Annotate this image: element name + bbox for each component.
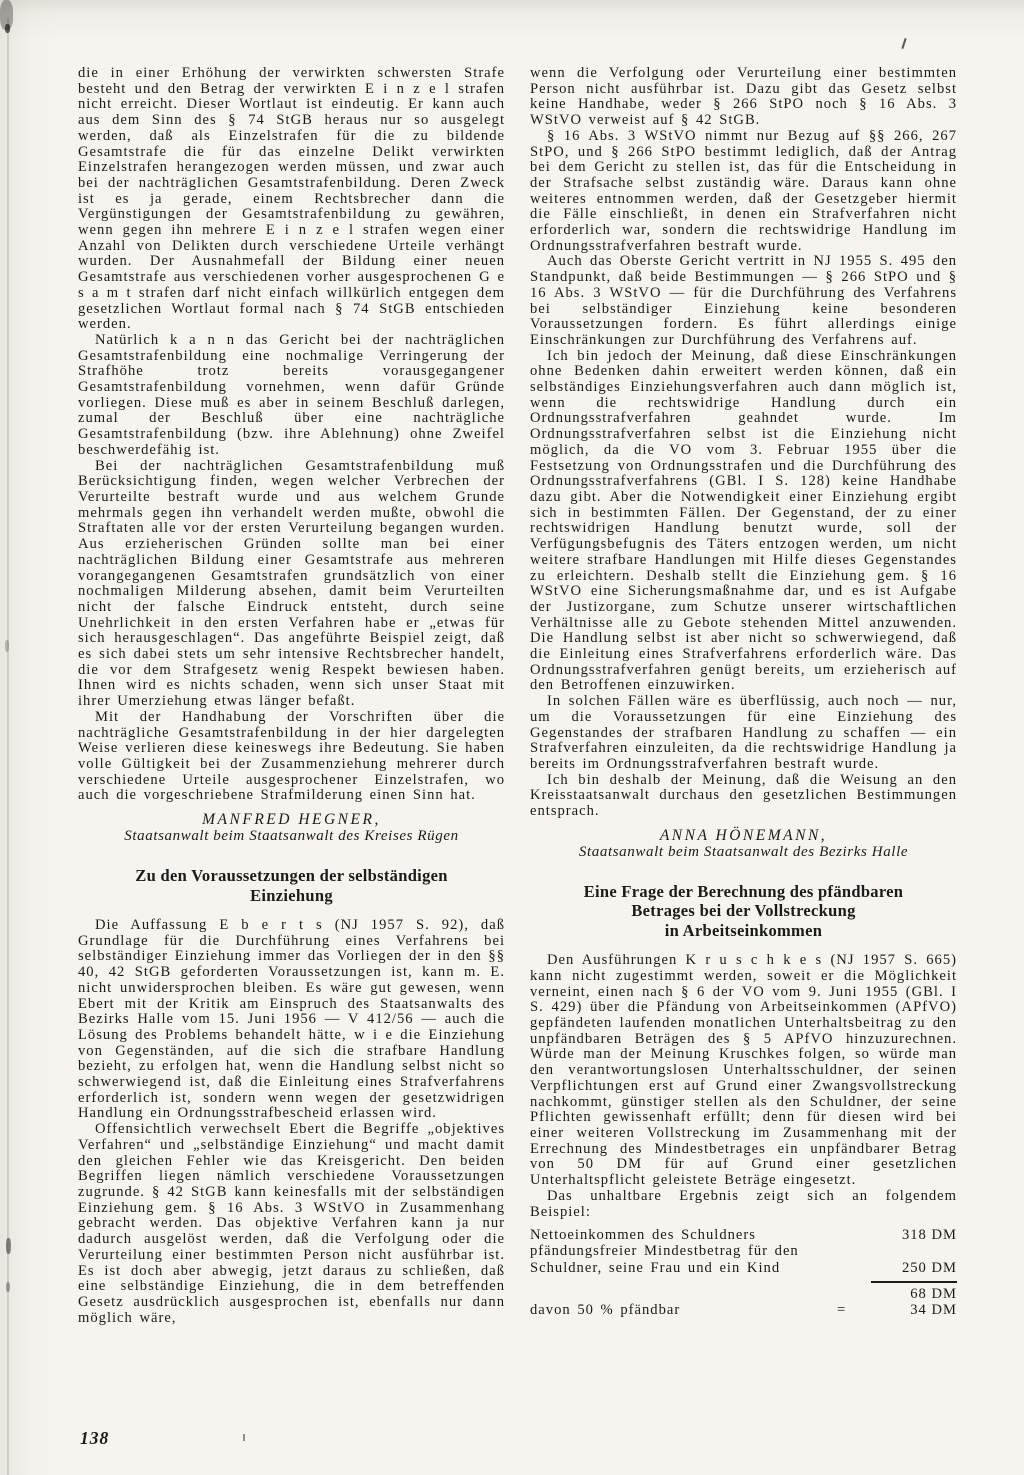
scan-smudge bbox=[5, 24, 10, 33]
table-row: pfändungsfreier Mindestbetrag für den Sc… bbox=[530, 1243, 957, 1275]
equals-sign: = bbox=[831, 1302, 871, 1318]
author-name: MANFRED HEGNER, bbox=[78, 811, 505, 828]
left-column: die in einer Erhöhung der verwirkten sch… bbox=[78, 66, 505, 1326]
paragraph: In solchen Fällen wäre es überflüssig, a… bbox=[530, 694, 957, 773]
table-row: Nettoeinkommen des Schuldners 318 DM bbox=[530, 1227, 957, 1243]
table-row-label: pfändungsfreier Mindestbetrag für den Sc… bbox=[530, 1243, 831, 1275]
author-signature: MANFRED HEGNER, Staatsanwalt beim Staats… bbox=[78, 811, 505, 845]
table-sum-value: 68 DM bbox=[871, 1281, 957, 1302]
table-row-label: davon 50 % pfändbar bbox=[530, 1302, 831, 1318]
scan-smudge bbox=[6, 1238, 11, 1254]
author-role: Staatsanwalt beim Staatsanwalt des Bezir… bbox=[530, 844, 957, 861]
paragraph: Auch das Oberste Gericht vertritt in NJ … bbox=[530, 254, 957, 348]
author-name: ANNA HÖNEMANN, bbox=[530, 827, 957, 844]
paragraph: Mit der Handhabung der Vorschriften über… bbox=[78, 710, 505, 804]
table-row-value: 318 DM bbox=[871, 1227, 957, 1243]
table-row-value: 34 DM bbox=[871, 1302, 957, 1318]
paragraph: Bei der nachträglichen Gesamtstrafenbild… bbox=[78, 459, 505, 710]
paragraph: Ich bin deshalb der Meinung, daß die Wei… bbox=[530, 773, 957, 820]
author-signature: ANNA HÖNEMANN, Staatsanwalt beim Staatsa… bbox=[530, 827, 957, 861]
scan-smudge bbox=[6, 1282, 10, 1292]
paragraph: Den Ausführungen K r u s c h k e s (NJ 1… bbox=[530, 953, 957, 1189]
table-row-value: 250 DM bbox=[871, 1260, 957, 1276]
section-heading: Zu den Voraussetzungen der selbständigen… bbox=[78, 866, 505, 905]
page-number: 138 bbox=[80, 1428, 109, 1449]
table-row: 68 DM bbox=[530, 1278, 957, 1302]
scan-binding-edge bbox=[7, 18, 9, 1475]
scan-speck bbox=[243, 1434, 245, 1441]
scan-smudge bbox=[5, 640, 9, 652]
paragraph: Offensichtlich verwechselt Ebert die Beg… bbox=[78, 1122, 505, 1326]
paragraph-continuation: wenn die Verfolgung oder Verurteilung ei… bbox=[530, 66, 957, 129]
paragraph: § 16 Abs. 3 WStVO nimmt nur Bezug auf §§… bbox=[530, 129, 957, 255]
paragraph: Das unhaltbare Ergebnis zeigt sich an fo… bbox=[530, 1189, 957, 1220]
section-heading: Eine Frage der Berechnung des pfändbaren… bbox=[530, 882, 957, 941]
journal-page: die in einer Erhöhung der verwirkten sch… bbox=[0, 0, 1024, 1475]
author-role: Staatsanwalt beim Staatsanwalt des Kreis… bbox=[78, 828, 505, 845]
two-column-text-area: die in einer Erhöhung der verwirkten sch… bbox=[78, 66, 957, 1326]
paragraph: Ich bin jedoch der Meinung, daß diese Ei… bbox=[530, 349, 957, 694]
paragraph: Die Auffassung E b e r t s (NJ 1957 S. 9… bbox=[78, 918, 505, 1122]
table-row-label: Nettoeinkommen des Schuldners bbox=[530, 1227, 831, 1243]
paragraph-continuation: die in einer Erhöhung der verwirkten sch… bbox=[78, 66, 505, 333]
paragraph: Natürlich k a n n das Gericht bei der na… bbox=[78, 333, 505, 459]
table-row: davon 50 % pfändbar = 34 DM bbox=[530, 1302, 957, 1318]
right-column: wenn die Verfolgung oder Verurteilung ei… bbox=[530, 66, 957, 1326]
scan-speck bbox=[901, 38, 906, 49]
example-table: Nettoeinkommen des Schuldners 318 DM pfä… bbox=[530, 1227, 957, 1318]
